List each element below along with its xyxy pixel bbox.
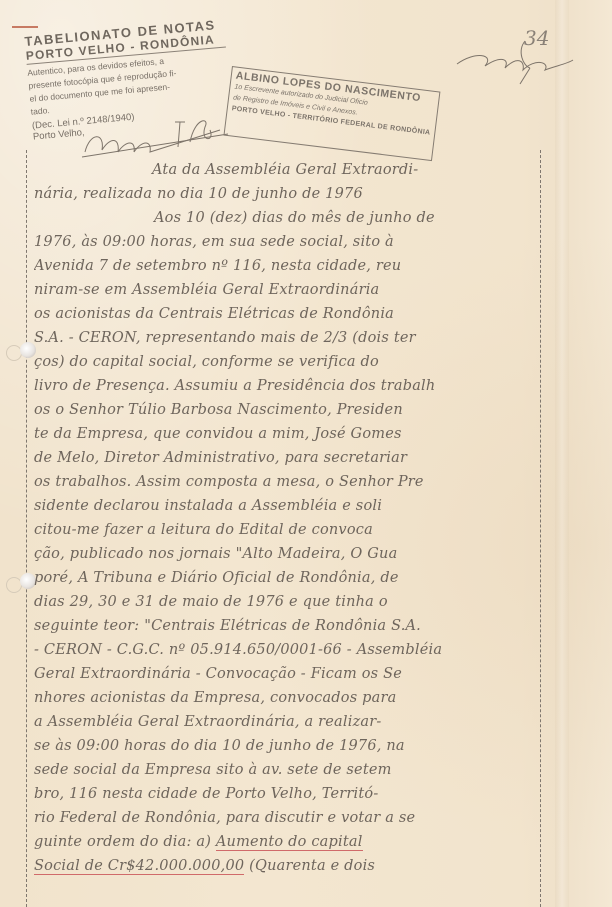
- page-number: 34: [524, 26, 549, 50]
- text-line: te da Empresa, que convidou a mim, José …: [34, 422, 540, 446]
- text-line: sidente declarou instalada a Assembléia …: [34, 494, 540, 518]
- text-line: 1976, às 09:00 horas, em sua sede social…: [34, 230, 540, 254]
- text-line: livro de Presença. Assumiu a Presidência…: [34, 374, 540, 398]
- text-line: niram-se em Assembléia Geral Extraordiná…: [34, 278, 540, 302]
- text-line: seguinte teor: "Centrais Elétricas de Ro…: [34, 614, 540, 638]
- paper-fold: [555, 0, 569, 907]
- text-line: - CERON - C.G.C. nº 05.914.650/0001-66 -…: [34, 638, 540, 662]
- underlined-text: Social de Cr$42.000.000,00: [34, 858, 244, 875]
- text-line: sede social da Empresa sito à av. sete d…: [34, 758, 540, 782]
- text-line: nhores acionistas da Empresa, convocados…: [34, 686, 540, 710]
- minutes-body: Ata da Assembléia Geral Extraordi- nária…: [34, 158, 540, 878]
- text-line: Social de Cr$42.000.000,00 (Quarenta e d…: [34, 854, 540, 878]
- text-line: S.A. - CERON, representando mais de 2/3 …: [34, 326, 540, 350]
- text-line: Aos 10 (dez) dias do mês de junho de: [34, 206, 540, 230]
- text-line: bro, 116 nesta cidade de Porto Velho, Te…: [34, 782, 540, 806]
- text-line: de Melo, Diretor Administrativo, para se…: [34, 446, 540, 470]
- text-line: Avenida 7 de setembro nº 116, nesta cida…: [34, 254, 540, 278]
- red-mark: [12, 26, 38, 28]
- text-line: se às 09:00 horas do dia 10 de junho de …: [34, 734, 540, 758]
- text-line: citou-me fazer a leitura do Edital de co…: [34, 518, 540, 542]
- text-line: nária, realizada no dia 10 de junho de 1…: [34, 182, 540, 206]
- text-line: Geral Extraordinária - Convocação - Fica…: [34, 662, 540, 686]
- text-line: os o Senhor Túlio Barbosa Nascimento, Pr…: [34, 398, 540, 422]
- signature-icon: [455, 36, 575, 86]
- text-line: poré, A Tribuna e Diário Oficial de Rond…: [34, 566, 540, 590]
- text-line: dias 29, 30 e 31 de maio de 1976 e que t…: [34, 590, 540, 614]
- text-line: ção, publicado nos jornais "Alto Madeira…: [34, 542, 540, 566]
- text-line: Ata da Assembléia Geral Extraordi-: [34, 158, 540, 182]
- text-line: a Assembléia Geral Extraordinária, a rea…: [34, 710, 540, 734]
- text-line: rio Federal de Rondônia, para discutir e…: [34, 806, 540, 830]
- text-line: ços) do capital social, conforme se veri…: [34, 350, 540, 374]
- text-line: guinte ordem do dia: a) Aumento do capit…: [34, 830, 540, 854]
- text-line: os acionistas da Centrais Elétricas de R…: [34, 302, 540, 326]
- text-line: os trabalhos. Assim composta a mesa, o S…: [34, 470, 540, 494]
- registry-stamp: ALBINO LOPES DO NASCIMENTO 1o Escrevente…: [223, 66, 440, 161]
- underlined-text: Aumento do capital: [216, 834, 363, 851]
